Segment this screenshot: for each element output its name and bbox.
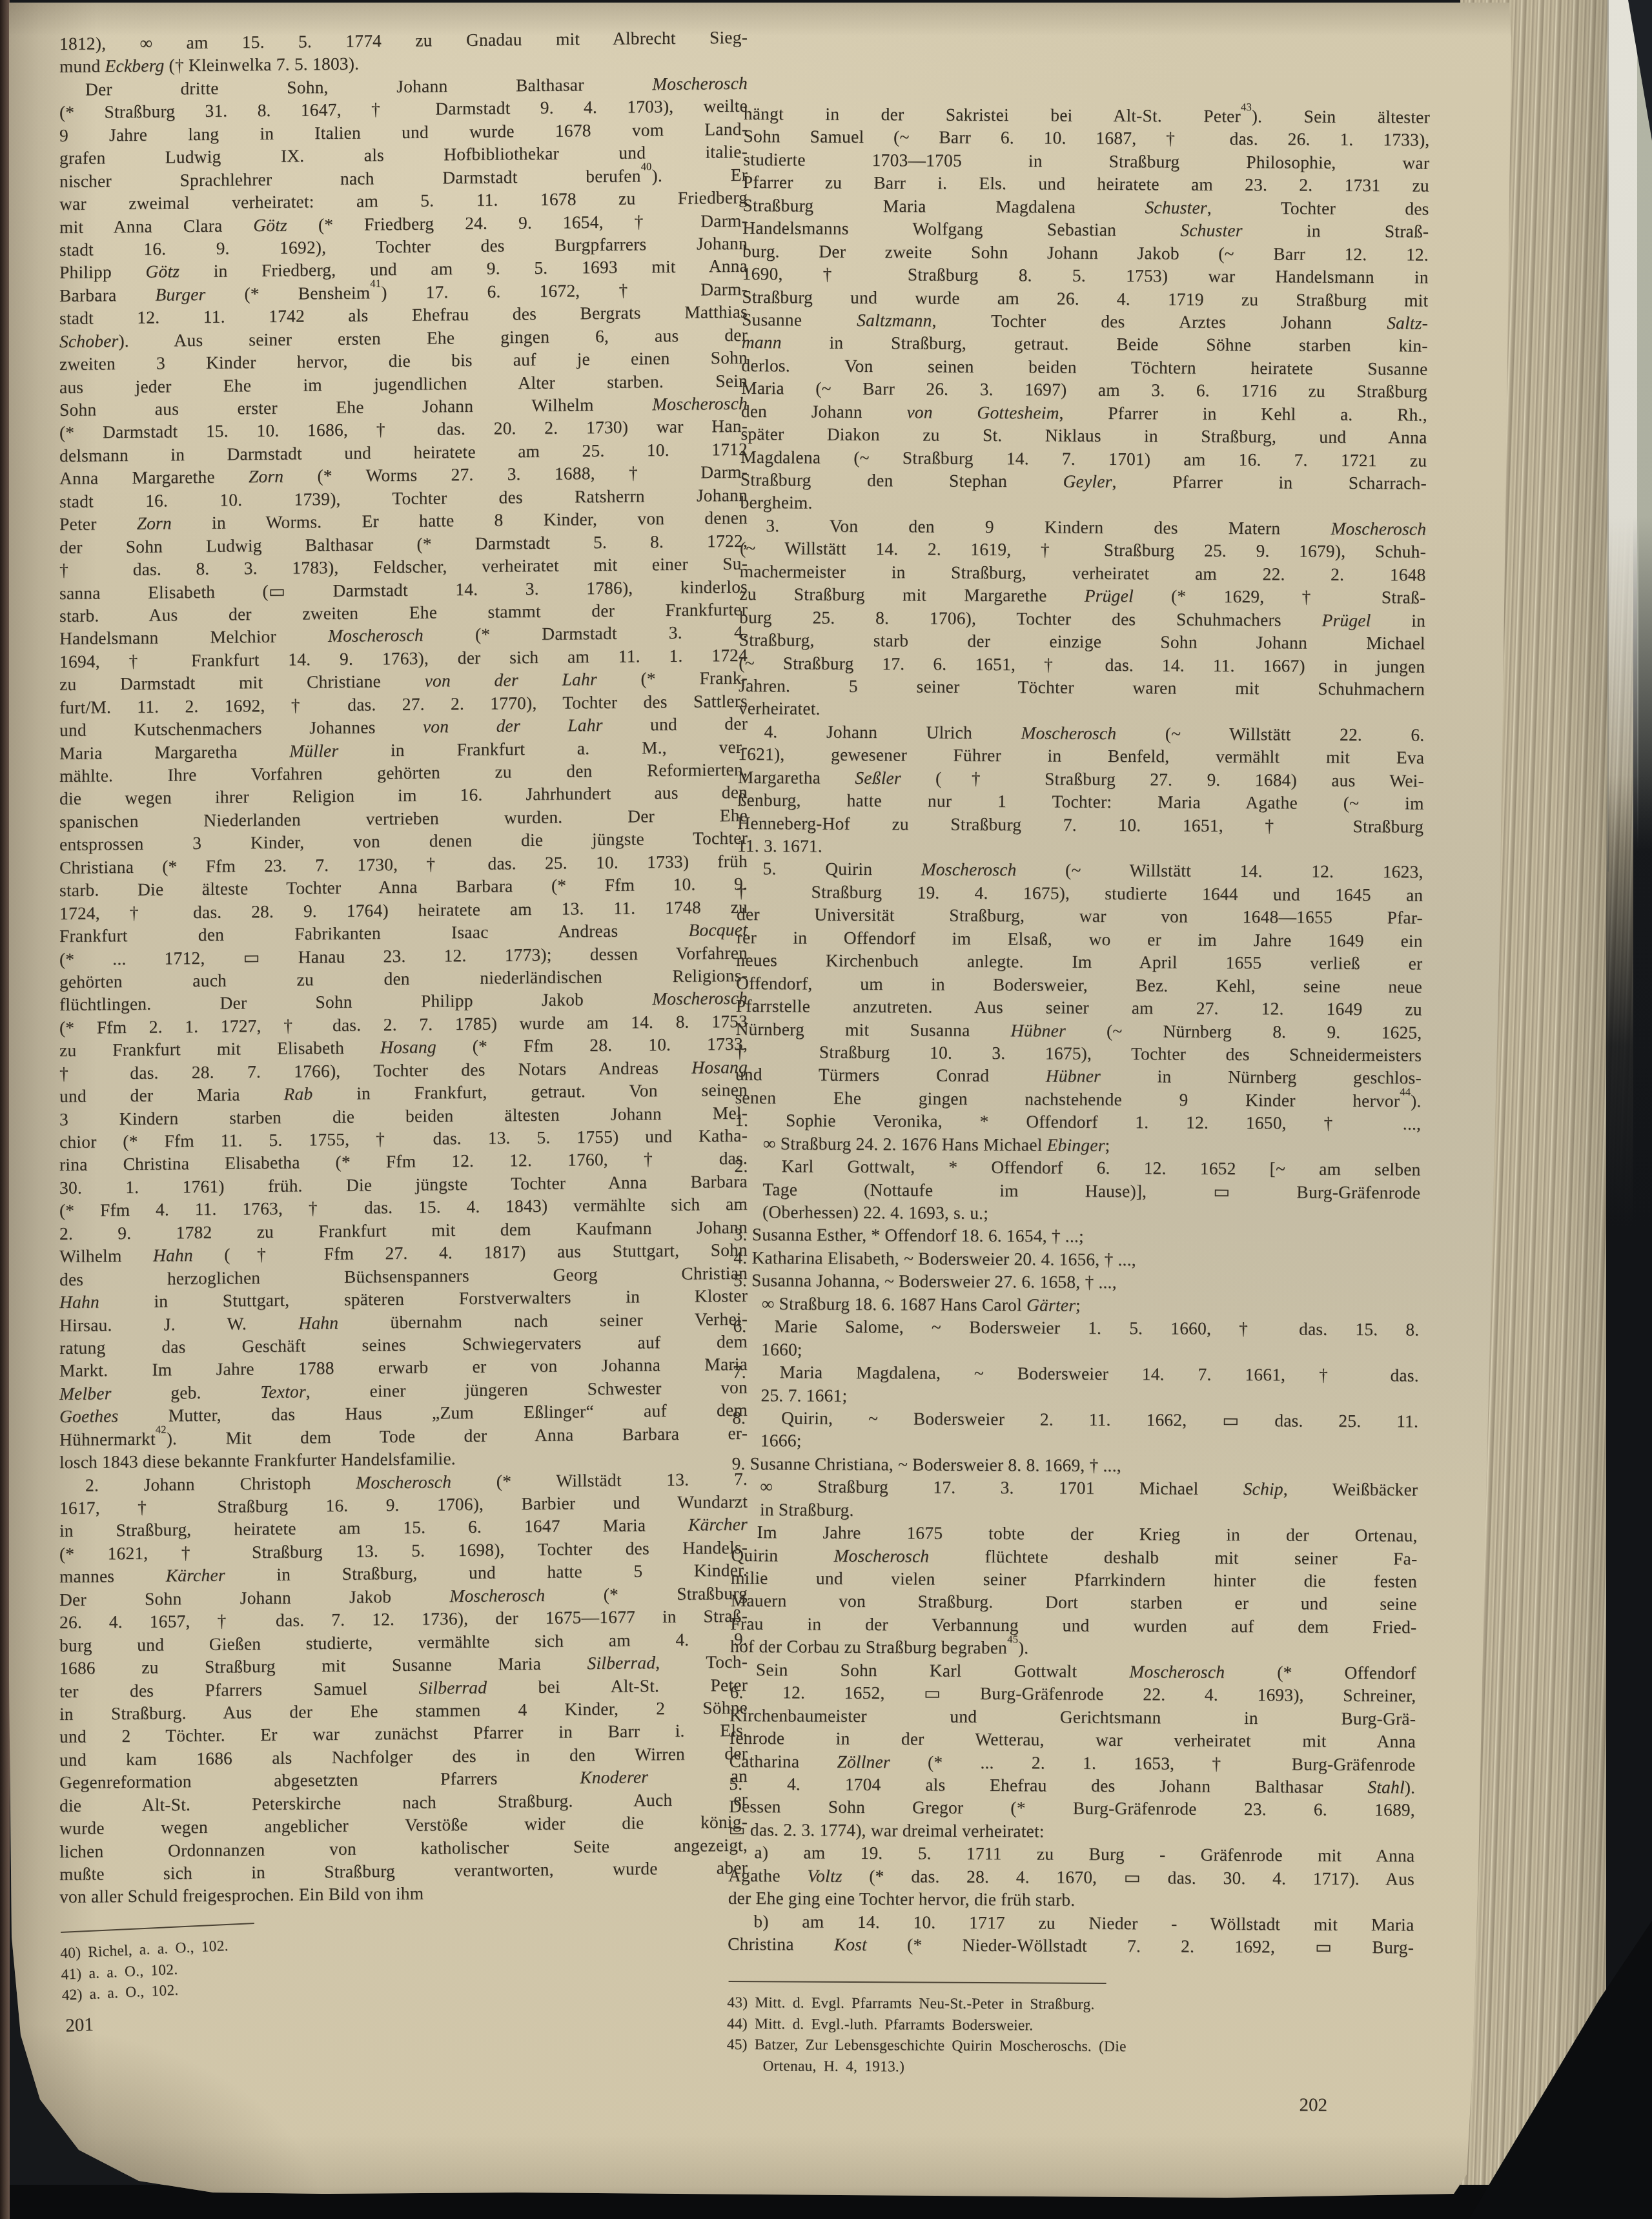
text-line: Magdalena (~ Straßburg 14. 7. 1701) am 1… xyxy=(740,445,1427,472)
text-line: 6. Marie Salome, ~ Bodersweier 1. 5. 166… xyxy=(733,1314,1419,1341)
footnote-rule-right xyxy=(729,1981,1106,1984)
text-line: † Straßburg 19. 4. 1675), studierte 1644… xyxy=(737,880,1423,906)
text-line: Straßburg und wurde am 26. 4. 1719 zu St… xyxy=(742,285,1428,311)
text-line: burg. Der zweite Sohn Johann Jakob (~ Ba… xyxy=(742,240,1429,266)
text-line: senen Ehe gingen nachstehende 9 Kinder h… xyxy=(735,1086,1421,1112)
text-line: Tage (Nottaufe im Hause)], ▭ Burg-Gräfen… xyxy=(734,1177,1420,1203)
page-number-right: 202 xyxy=(726,2092,1412,2117)
text-line: Pfarrstelle anzutreten. Aus seiner am 27… xyxy=(736,994,1422,1021)
text-line: und Türmers Conrad Hübner in Nürnberg ge… xyxy=(735,1063,1422,1089)
text-line: Kirchenbaumeister und Gerichtsmann in Bu… xyxy=(729,1704,1416,1730)
text-line: Mauern von Straßburg. Dort starben er un… xyxy=(731,1589,1417,1615)
text-line: der Ehe ging eine Tochter hervor, die fr… xyxy=(728,1887,1414,1913)
right-column: hängt in der Sakristei bei Alt-St. Peter… xyxy=(726,102,1430,2117)
text-line: burg 25. 8. 1706), Tochter des Schuhmach… xyxy=(739,606,1425,632)
right-footnotes: 43) Mitt. d. Evgl. Pfarramts Neu-St.-Pet… xyxy=(726,1992,1413,2080)
text-line: den Johann von Gottesheim, Pfarrer in Ke… xyxy=(741,400,1427,426)
text-line: Sohn Samuel (~ Barr 6. 10. 1687, † das. … xyxy=(743,125,1429,151)
text-line: 1. Sophie Veronika, * Offendorf 1. 12. 1… xyxy=(735,1109,1421,1135)
text-line: Dessen Sohn Gregor (* Burg-Gräfenrode 23… xyxy=(729,1795,1415,1821)
text-line: b) am 14. 10. 1717 zu Nieder - Wöllstadt… xyxy=(728,1909,1414,1936)
text-line: 25. 7. 1661; xyxy=(732,1383,1418,1409)
text-line: später Diakon zu St. Niklaus in Straßbur… xyxy=(740,422,1427,449)
text-line: Susanne Saltzmann, Tochter des Arztes Jo… xyxy=(742,308,1428,334)
text-line: 1621), gewesener Führer in Benfeld, verm… xyxy=(738,742,1424,769)
text-line: ∞ Straßburg 18. 6. 1687 Hans Carol Gärte… xyxy=(733,1292,1420,1318)
text-line: (~ Straßburg 17. 6. 1651, † das. 14. 11.… xyxy=(739,651,1425,677)
text-line: Maria (~ Barr 26. 3. 1697) am 3. 6. 1716… xyxy=(741,376,1427,403)
text-line: 1666; xyxy=(732,1429,1418,1455)
text-line: 1690, † Straßburg 8. 5. 1753) war Handel… xyxy=(742,262,1429,289)
text-line: ßenburg, hatte nur 1 Tochter: Maria Agat… xyxy=(737,788,1423,815)
text-line: ▭ das. 2. 3. 1774), war dreimal verheira… xyxy=(728,1818,1414,1845)
text-line: (~ Willstätt 14. 2. 1619, † Straßburg 25… xyxy=(740,537,1426,563)
text-line: 5. Susanna Johanna, ~ Bodersweier 27. 6.… xyxy=(733,1269,1420,1295)
text-line: 43) Mitt. d. Evgl. Pfarramts Neu-St.-Pet… xyxy=(727,1992,1413,2017)
text-line: Margaretha Seßler († Straßburg 27. 9. 16… xyxy=(738,766,1424,792)
text-line: 4. Katharina Elisabeth, ~ Bodersweier 20… xyxy=(733,1246,1420,1273)
text-line: 3. Susanna Esther, * Offendorf 18. 6. 16… xyxy=(734,1223,1420,1249)
text-line: Henneberg-Hof zu Straßburg 7. 10. 1651, … xyxy=(737,812,1423,838)
footnote-rule-left xyxy=(61,1923,254,1933)
text-line: Straßburg Maria Magdalena Schuster, Toch… xyxy=(742,194,1429,220)
text-line: in Straßburg. xyxy=(731,1498,1418,1524)
text-line: zu Straßburg mit Margarethe Prügel (* 16… xyxy=(739,582,1425,609)
text-line: Straßburg, starb der einzige Sohn Johann… xyxy=(739,628,1425,655)
text-line: bergheim. xyxy=(740,491,1426,517)
text-line: Offendorf, um in Bodersweier, Bez. Kehl,… xyxy=(736,972,1422,998)
text-line: Straßburg den Stephan Geyler, Pfarrer in… xyxy=(740,468,1427,495)
text-line: 5. 4. 1704 als Ehefrau des Johann Baltha… xyxy=(729,1772,1415,1799)
text-line: 7. Maria Magdalena, ~ Bodersweier 14. 7.… xyxy=(733,1360,1419,1387)
text-line: Im Jahre 1675 tobte der Krieg in der Ort… xyxy=(731,1520,1418,1547)
text-line: 4. Johann Ulrich Moscherosch (~ Willstät… xyxy=(738,720,1424,746)
text-line: studierte 1703—1705 in Straßburg Philoso… xyxy=(743,148,1429,174)
text-line: Ortenau, H. 4, 1913.) xyxy=(726,2056,1412,2080)
text-line: Pfarrer zu Barr i. Els. und heiratete am… xyxy=(743,170,1429,197)
text-line: machermeister in Straßburg, verheiratet … xyxy=(740,560,1426,586)
page-content: 1812), ∞ am 15. 5. 1774 zu Gnadau mit Al… xyxy=(0,0,1652,2219)
text-line: mann in Straßburg, getraut. Beide Söhne … xyxy=(742,331,1428,357)
text-line: Agathe Voltz (* das. 28. 4. 1670, ▭ das.… xyxy=(728,1864,1414,1890)
left-column: 1812), ∞ am 15. 5. 1774 zu Gnadau mit Al… xyxy=(59,26,748,2037)
text-line: 2. Karl Gottwalt, * Offendorf 6. 12. 165… xyxy=(734,1154,1420,1181)
text-line: † Straßburg 10. 3. 1675), Tochter des Sc… xyxy=(735,1040,1422,1067)
text-line: 6. 12. 1652, ▭ Burg-Gräfenrode 22. 4. 16… xyxy=(729,1681,1416,1707)
text-line: ∞ Straßburg 17. 3. 1701 Michael Schip, W… xyxy=(731,1475,1418,1501)
text-line: Nürnberg mit Susanna Hübner (~ Nürnberg … xyxy=(735,1017,1422,1043)
text-line: derlos. Von seinen beiden Töchtern heira… xyxy=(741,354,1427,380)
text-line: a) am 19. 5. 1711 zu Burg - Gräfenrode m… xyxy=(728,1841,1414,1867)
text-line: neues Kirchenbuch anlegte. Im April 1655… xyxy=(736,948,1422,975)
text-line: Christina Kost (* Nieder-Wöllstadt 7. 2.… xyxy=(728,1932,1414,1959)
left-footnote-block: 40) Richel, a. a. O., 102.41) a. a. O., … xyxy=(59,1900,751,2037)
text-line: fenrode in der Wetterau, war verheiratet… xyxy=(729,1726,1416,1753)
text-line: verheiratet. xyxy=(739,697,1425,723)
text-line: Catharina Zöllner (* ... 2. 1. 1653, † B… xyxy=(729,1749,1415,1775)
text-line: der Universität Straßburg, war von 1648—… xyxy=(737,903,1423,929)
book-scan: 1812), ∞ am 15. 5. 1774 zu Gnadau mit Al… xyxy=(0,0,1652,2219)
text-line: hof der Corbau zu Straßburg begraben45). xyxy=(730,1635,1416,1661)
text-line: milie und vielen seiner Pfarrkindern hin… xyxy=(731,1566,1417,1593)
text-line: Quirin Moscherosch flüchtete deshalb mit… xyxy=(731,1543,1417,1570)
text-line: Sein Sohn Karl Gottwalt Moscherosch (* O… xyxy=(730,1658,1416,1684)
text-line: hängt in der Sakristei bei Alt-St. Peter… xyxy=(744,102,1430,128)
text-line: Frau in der Verbannung und wurden auf de… xyxy=(730,1612,1416,1639)
text-line: 3. Von den 9 Kindern des Matern Moschero… xyxy=(740,514,1426,540)
text-line: 8. Quirin, ~ Bodersweier 2. 11. 1662, ▭ … xyxy=(732,1406,1418,1433)
right-footnote-block: 43) Mitt. d. Evgl. Pfarramts Neu-St.-Pet… xyxy=(726,1981,1414,2117)
text-line: 1660; xyxy=(733,1338,1419,1364)
text-line: rer in Offendorf im Elsaß, wo er im Jahr… xyxy=(737,926,1423,952)
text-line: (Oberhessen) 22. 4. 1693, s. u.; xyxy=(734,1200,1420,1227)
text-line: 9. Susanne Christiana, ~ Bodersweier 8. … xyxy=(731,1452,1418,1478)
text-line: 45) Batzer, Zur Lebensgeschichte Quirin … xyxy=(727,2034,1413,2059)
text-line: 5. Quirin Moscherosch (~ Willstätt 14. 1… xyxy=(737,857,1423,883)
text-line: Jahren. 5 seiner Töchter waren mit Schuh… xyxy=(739,674,1425,700)
text-line: ∞ Straßburg 24. 2. 1676 Hans Michael Ebi… xyxy=(735,1132,1421,1158)
text-line: Handelsmanns Wolfgang Sebastian Schuster… xyxy=(742,216,1429,243)
text-line: 11. 3. 1671. xyxy=(737,834,1423,861)
left-column-text: 1812), ∞ am 15. 5. 1774 zu Gnadau mit Al… xyxy=(59,26,748,1908)
right-column-text: hängt in der Sakristei bei Alt-St. Peter… xyxy=(728,102,1430,1959)
